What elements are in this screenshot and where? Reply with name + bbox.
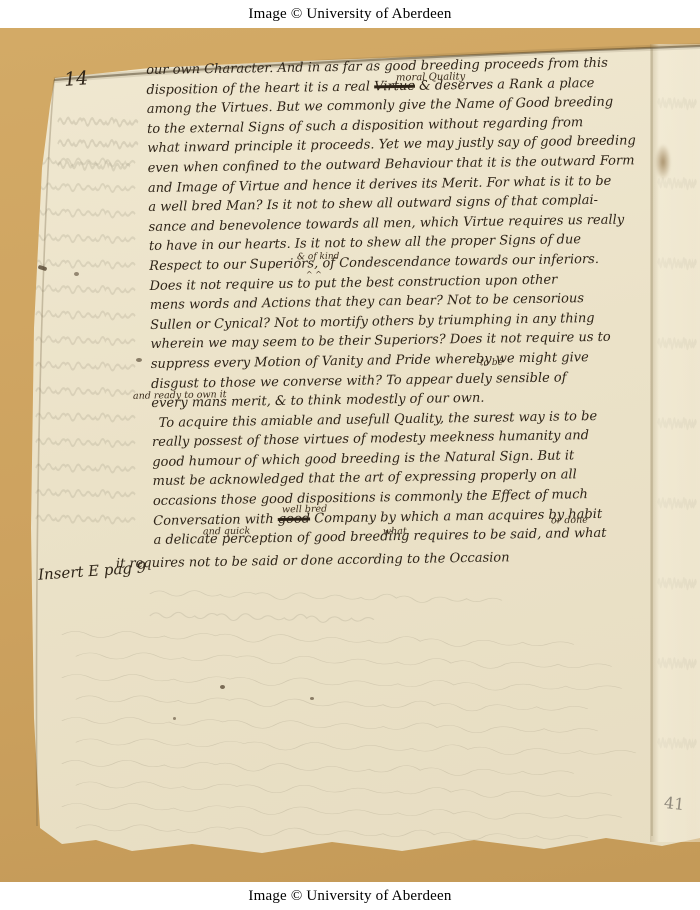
folio-number-pencil: 41 [663,793,685,814]
insertion-carets: ^ ^ [306,270,322,279]
ink-speck [220,685,225,689]
copyright-header-text: Image © University of Aberdeen [248,6,451,23]
inline-insertion: & of kind [297,252,340,263]
ink-speck [74,272,79,276]
scanned-manuscript-viewer: Image © University of Aberdeen 14 our ow… [0,0,700,910]
inline-insertion: and ready to own it [133,389,227,402]
inline-insertion: and quick [203,526,250,538]
ink-speck [173,717,176,720]
ink-speck [310,697,314,700]
inline-insertion: to be [480,358,503,368]
ink-speck [136,358,142,362]
inline-insertion: or done [551,515,588,527]
page-number: 14 [63,67,89,91]
copyright-header: Image © University of Aberdeen [0,0,700,28]
manuscript-scan: 14 our own Character. And in as far as g… [0,28,700,882]
inline-insertion: well bred [282,504,327,516]
copyright-footer-text: Image © University of Aberdeen [248,888,451,905]
inline-insertion: what [383,526,407,537]
copyright-footer: Image © University of Aberdeen [0,882,700,910]
inline-insertion: moral Quality [396,71,465,83]
manuscript-text: our own Character. And in as far as good… [146,53,694,574]
